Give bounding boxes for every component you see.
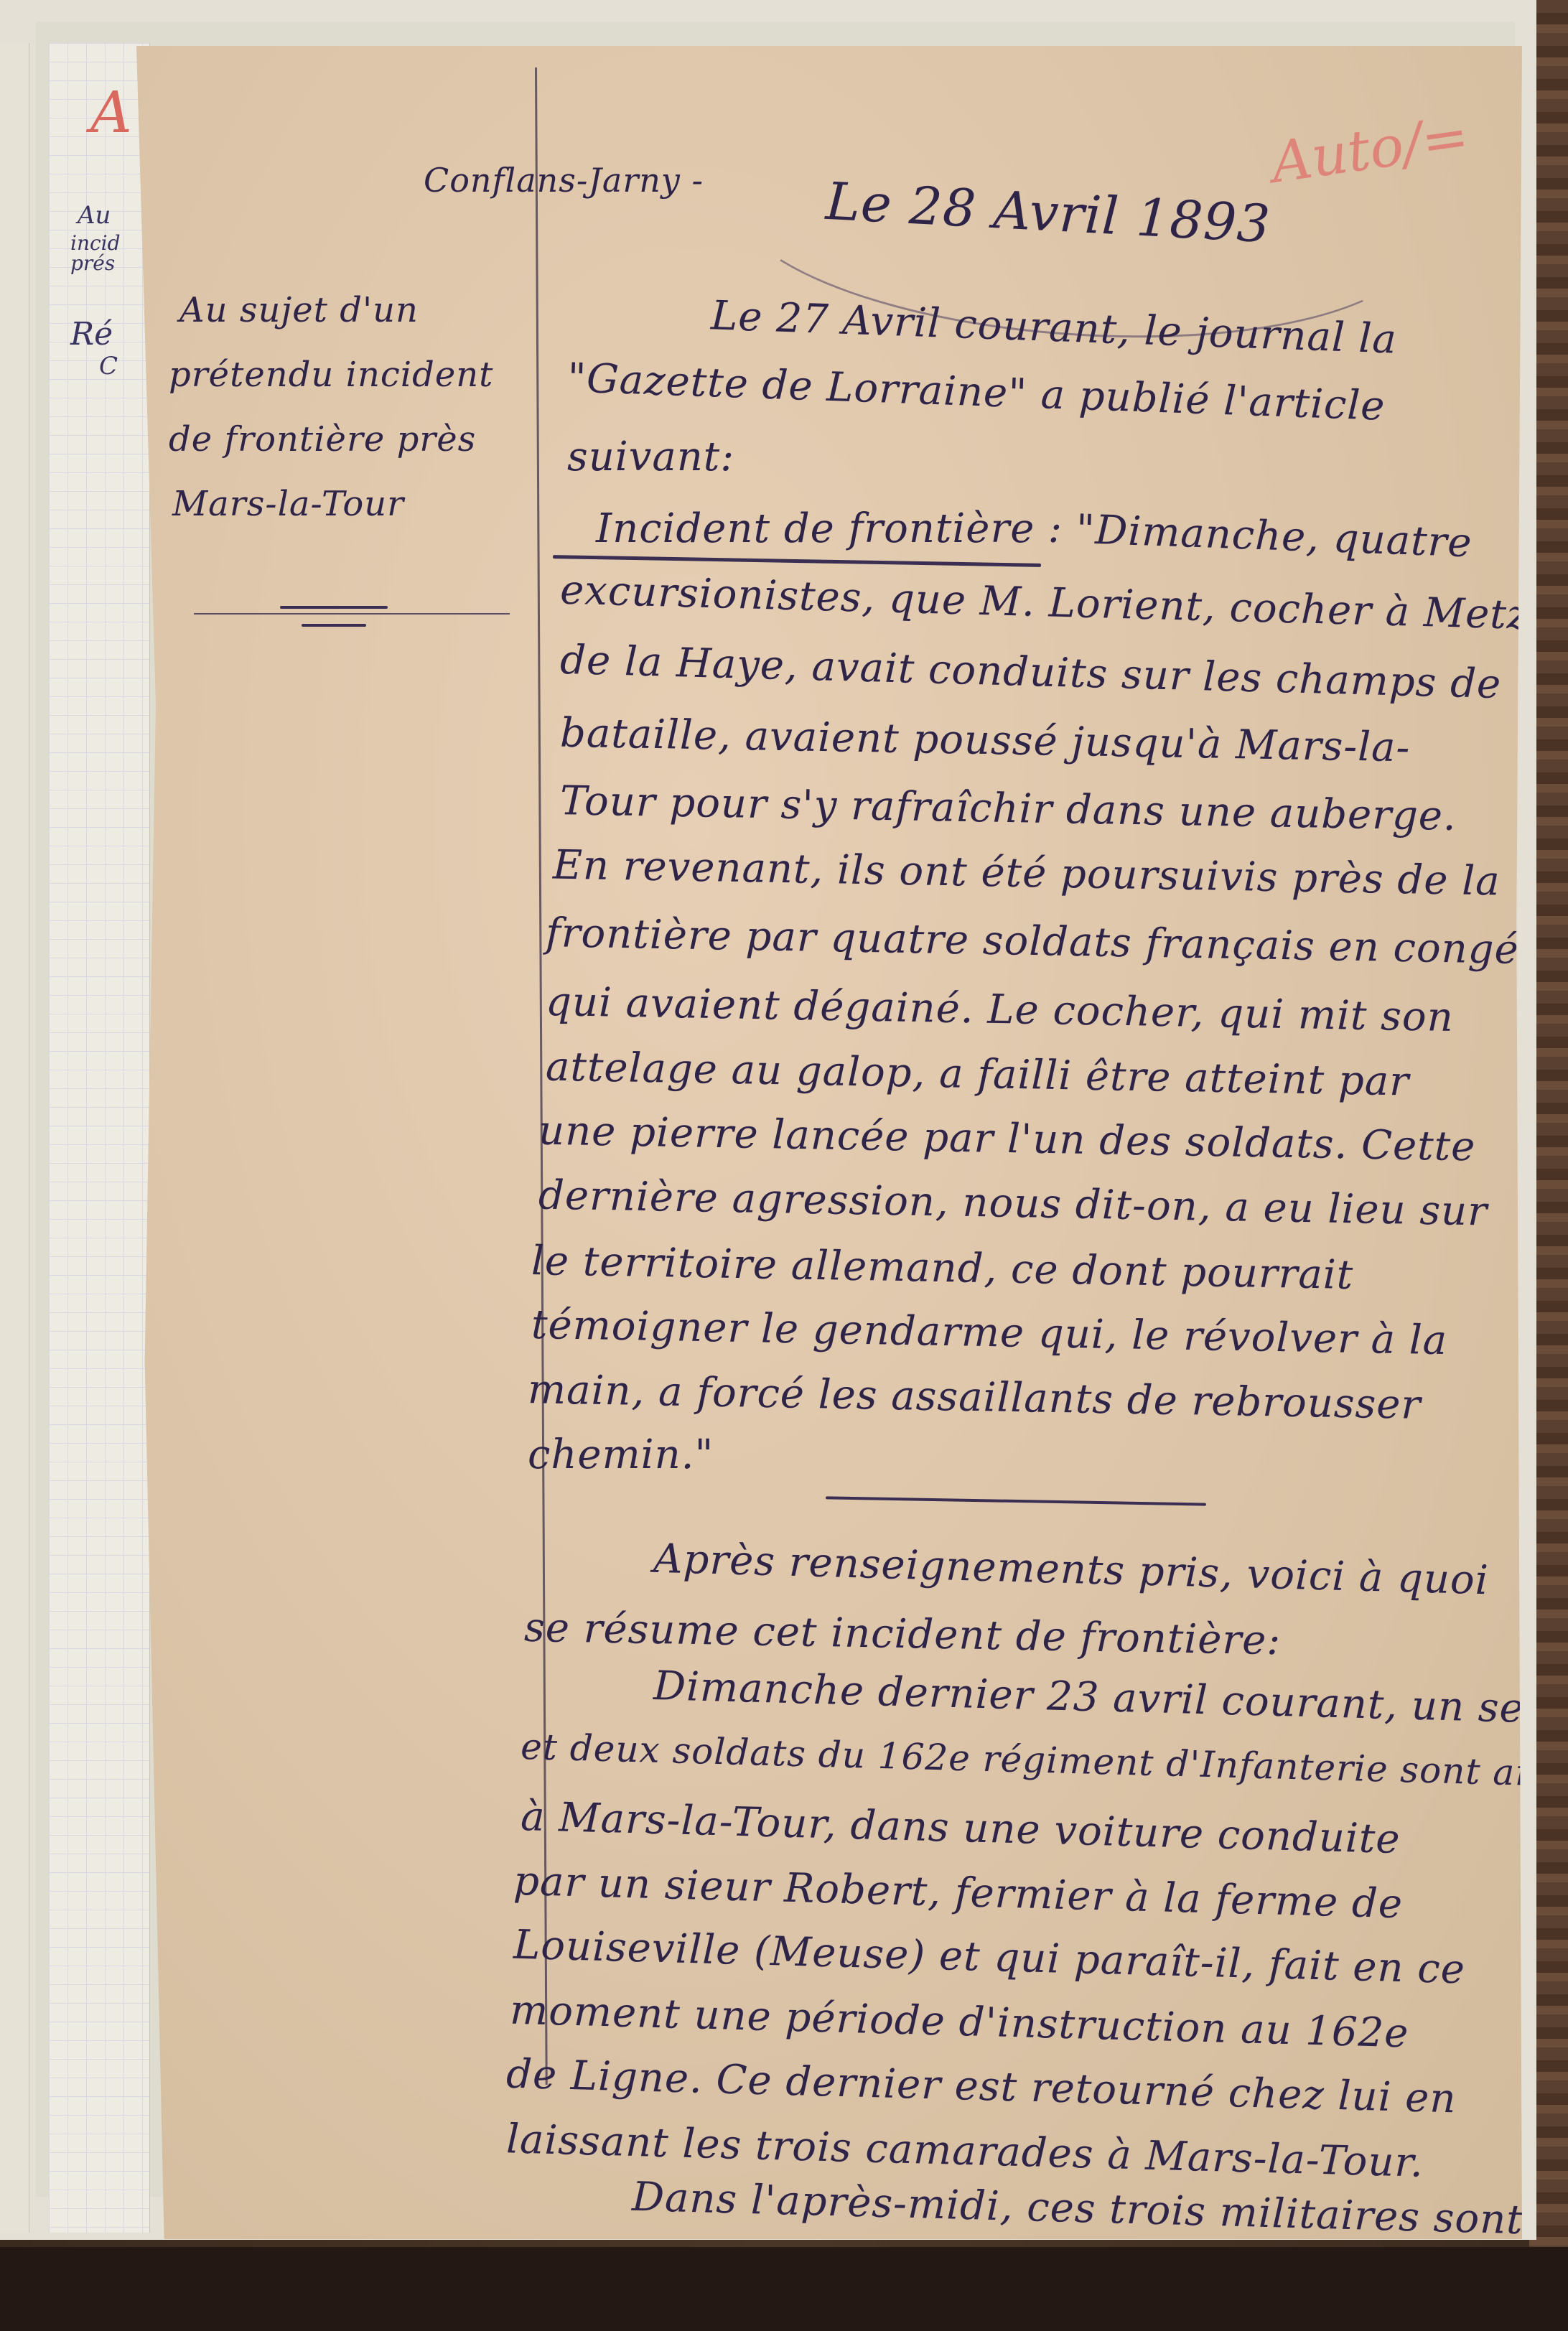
- margin-note-line: Mars-la-Tour: [172, 484, 404, 524]
- body-line: de la Haye, avait conduits sur les champ…: [559, 637, 1502, 708]
- body-line: qui avaient dégainé. Le cocher, qui mit …: [546, 978, 1455, 1041]
- body-line: attelage au galop, a failli être atteint…: [546, 1044, 1410, 1106]
- body-line: Louiseville (Meuse) et qui paraît-il, fa…: [513, 1922, 1465, 1994]
- body-line: et deux soldats du 162e régiment d'Infan…: [521, 1726, 1568, 1796]
- body-line: main, a forcé les assaillants de rebrous…: [528, 1366, 1422, 1429]
- body-line: chemin.": [528, 1431, 714, 1478]
- margin-note-line: de frontière près: [169, 419, 476, 459]
- body-line: témoigner le gendarme qui, le révolver à…: [531, 1302, 1448, 1364]
- body-line: à Mars-la-Tour, dans une voiture conduit…: [520, 1793, 1401, 1863]
- margin-note-rule: [194, 613, 510, 615]
- header-location: Conflans-Jarny -: [424, 161, 704, 200]
- title-underline: [553, 555, 1041, 567]
- grid-text-fragment: prés: [70, 251, 115, 275]
- red-pencil-annotation: Auto/=: [1267, 104, 1473, 196]
- grid-paper-sheet: A Au incid prés Ré C: [49, 43, 150, 2233]
- body-line: Tour pour s'y rafraîchir dans une auberg…: [560, 777, 1457, 840]
- body-line: bataille, avaient poussé jusqu'à Mars-la…: [560, 710, 1411, 772]
- body-line: frontière par quatre soldats français en…: [546, 910, 1520, 973]
- body-line: moment une période d'instruction au 162e: [509, 1987, 1409, 2057]
- body-line: Dimanche dernier 23 avril courant, un se…: [653, 1663, 1568, 1735]
- grid-text-fragment: C: [99, 352, 118, 380]
- body-line: En revenant, ils ont été poursuivis près…: [553, 841, 1501, 905]
- letter-sheet: Conflans-Jarny - Le 28 Avril 1893 Auto/=…: [136, 46, 1522, 2239]
- body-line: suivant:: [567, 434, 734, 480]
- margin-note-rule: [302, 624, 366, 627]
- section-divider: [826, 1496, 1206, 1505]
- grid-text-fragment: Au: [78, 201, 111, 230]
- body-line: le territoire allemand, ce dont pourrait: [531, 1238, 1354, 1299]
- article-title: Incident de frontière: [596, 505, 1035, 552]
- body-line: excursionistes, que M. Lorient, cocher à…: [559, 567, 1568, 642]
- margin-note-line: Au sujet d'un: [179, 290, 419, 330]
- body-line: : "Dimanche, quatre: [1047, 505, 1473, 567]
- body-line: une pierre lancée par l'un des soldats. …: [538, 1108, 1476, 1171]
- body-line: dernière agression, nous dit-on, a eu li…: [538, 1172, 1488, 1235]
- body-line: "Gazette de Lorraine" a publié l'article: [566, 355, 1386, 430]
- background-paper-edge: [0, 43, 29, 2233]
- body-line: Après renseignements pris, voici à quoi: [653, 1536, 1489, 1604]
- red-letter-fragment: A: [90, 79, 132, 146]
- margin-note-rule: [280, 606, 388, 609]
- body-line: de Ligne. Ce dernier est retourné chez l…: [505, 2051, 1457, 2123]
- body-line: par un sieur Robert, fermier à la ferme …: [513, 1858, 1403, 1928]
- body-line: se résume cet incident de frontière:: [524, 1604, 1282, 1664]
- desk-shadow: [0, 2247, 1568, 2331]
- margin-note-line: prétendu incident: [169, 355, 493, 395]
- grid-text-fragment: Ré: [70, 316, 113, 352]
